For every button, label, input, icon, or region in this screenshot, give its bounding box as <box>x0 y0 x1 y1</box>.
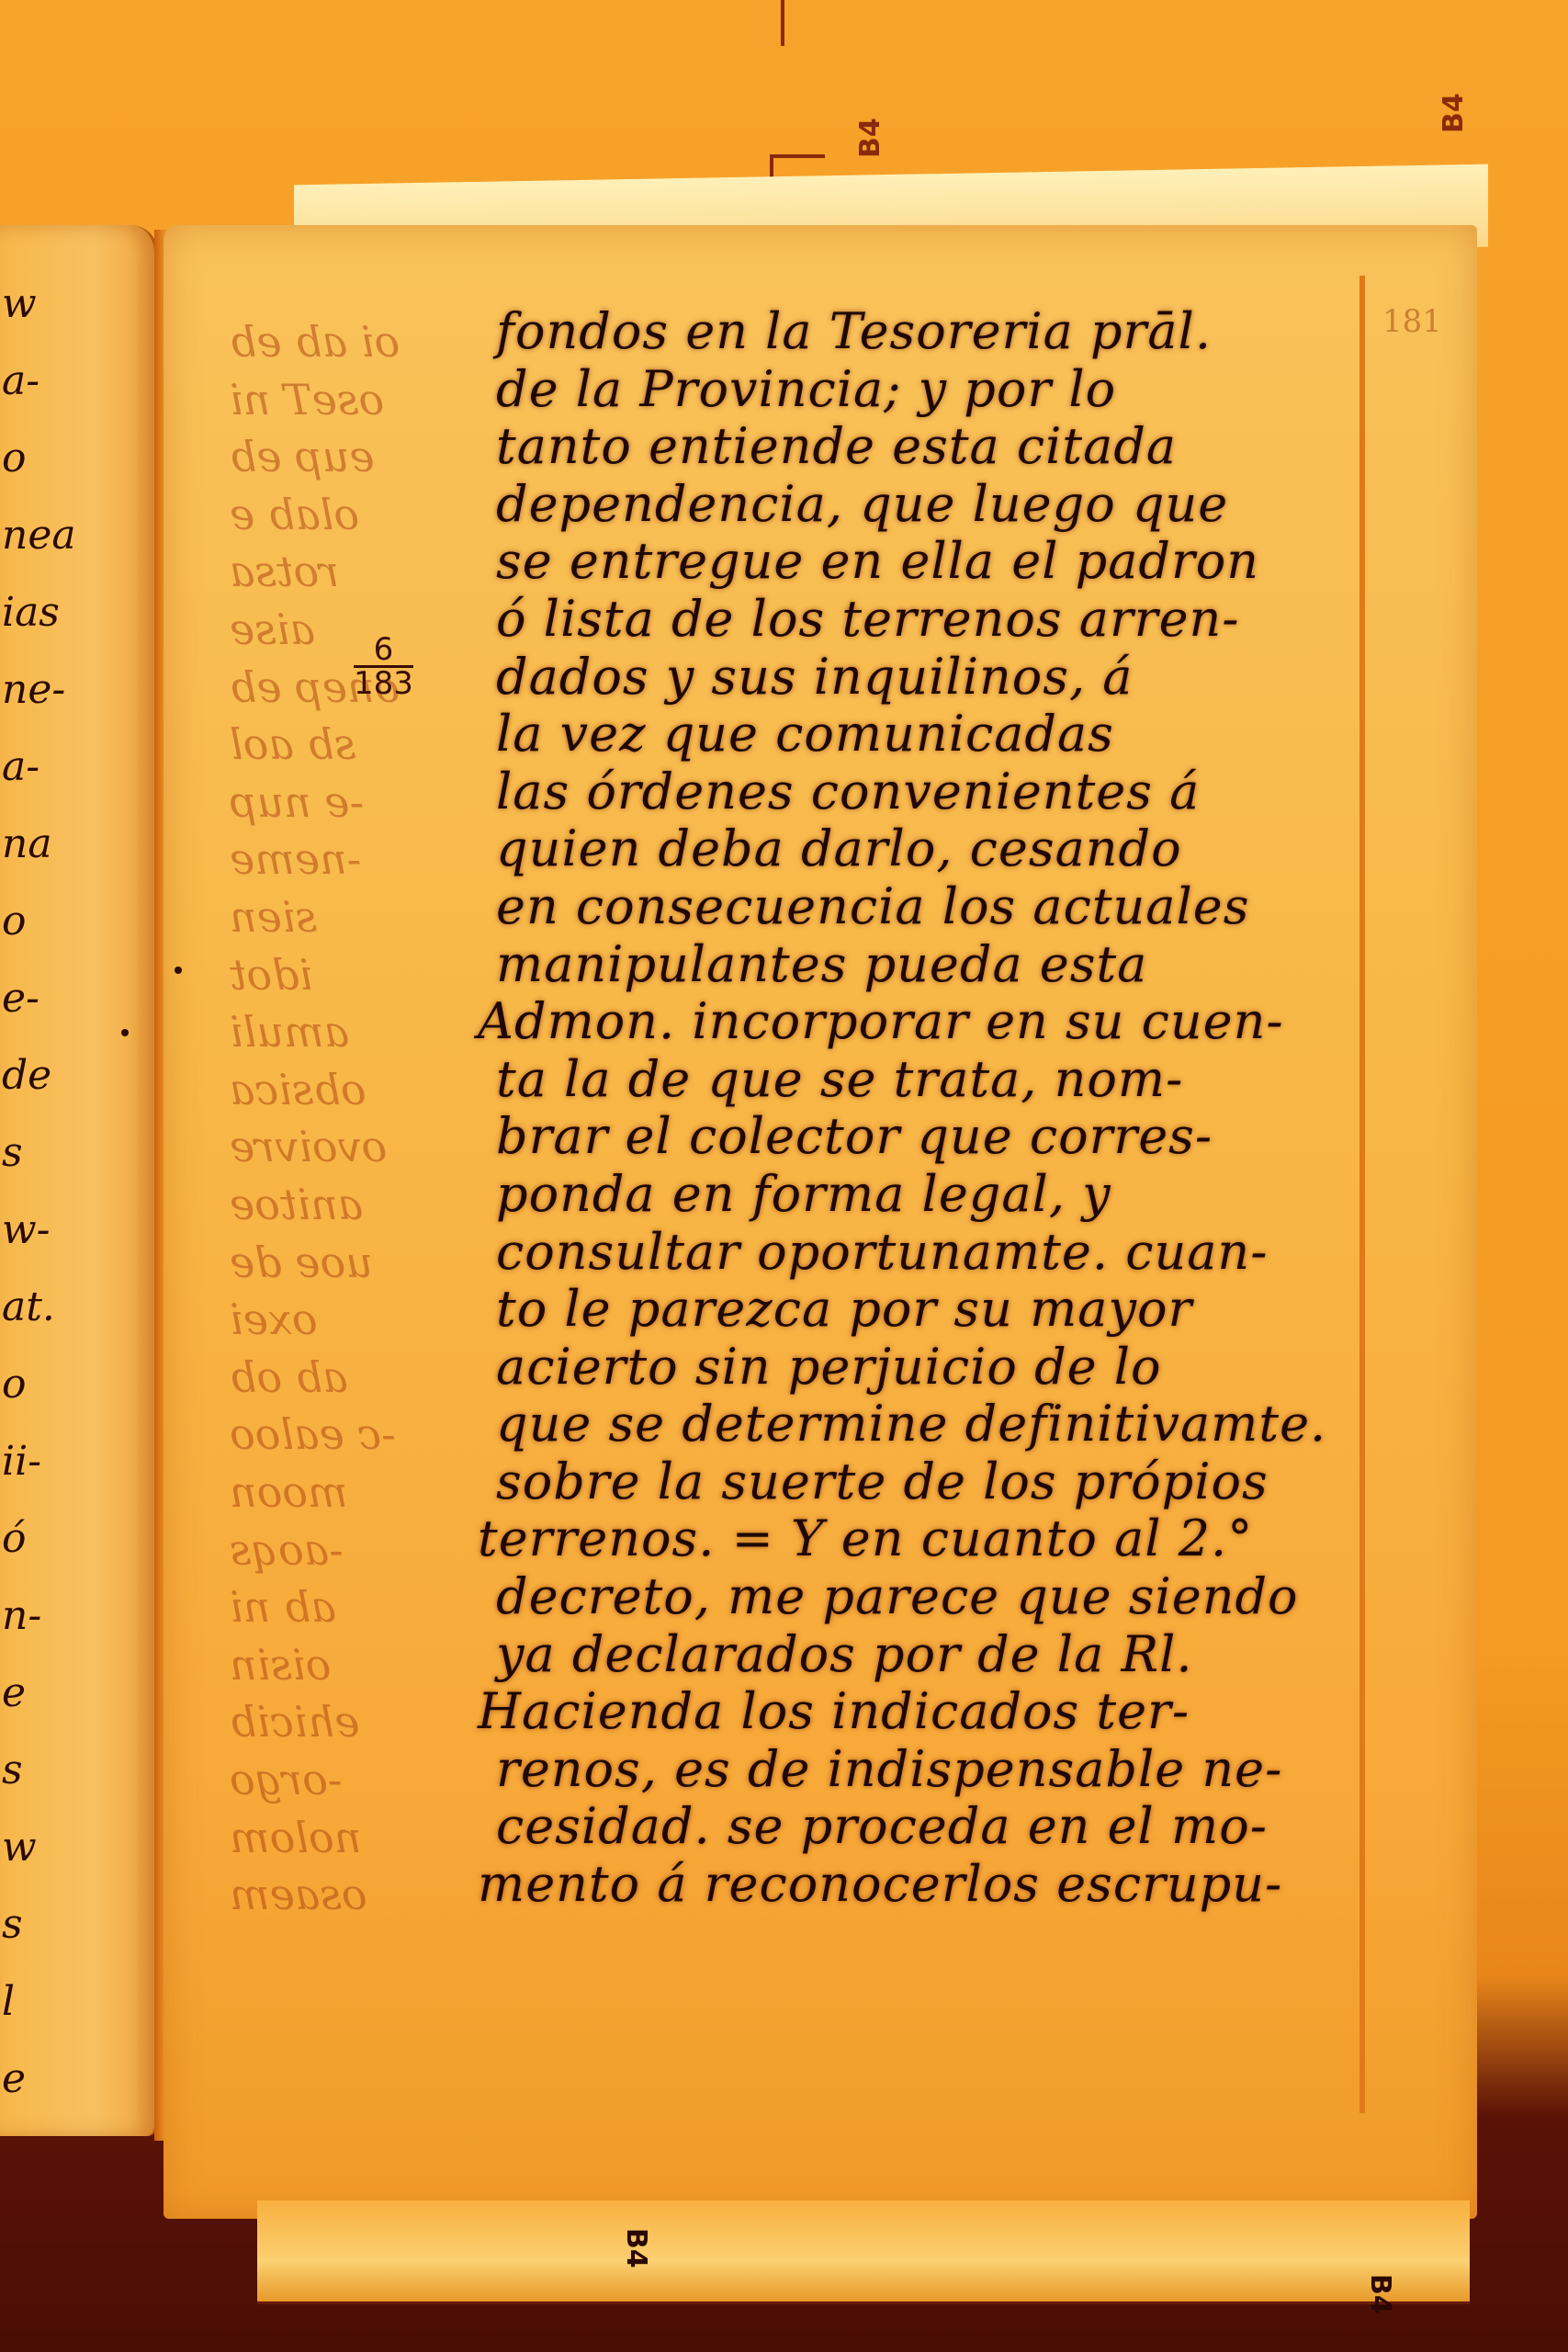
bleed-through-line: eup eb <box>230 432 375 481</box>
bleed-through-line: osaem <box>230 1870 367 1919</box>
crop-mark-line <box>781 0 784 46</box>
left-page-fragment: l <box>2 1978 15 2025</box>
bleed-through-line: rotsa <box>230 547 339 596</box>
manuscript-line: que se determine definitivamte. <box>496 1396 1451 1453</box>
bleed-through-line: oi ab eb <box>230 317 400 367</box>
bleed-through-line: aise <box>230 605 315 654</box>
margin-dot <box>175 967 182 974</box>
manuscript-line: consultar oportunamte. cuan- <box>496 1224 1451 1282</box>
left-page-fragment: w <box>2 1824 37 1871</box>
bleed-through-line: oisin <box>230 1640 331 1690</box>
bleed-through-line: sien <box>230 892 317 942</box>
manuscript-line: dados y sus inquilinos, á <box>496 649 1451 707</box>
left-page-fragment: ias <box>2 589 60 636</box>
left-page-fragment: s <box>2 1901 23 1948</box>
left-page-fragment: w <box>2 280 37 327</box>
manuscript-line: la vez que comunicadas <box>496 706 1451 763</box>
crop-label-b4: B4 <box>1438 93 1470 133</box>
bleed-through-line: -c ealoo <box>230 1409 396 1459</box>
crop-label-b4: B4 <box>854 118 886 158</box>
manuscript-line: ponda en forma legal, y <box>496 1166 1451 1224</box>
manuscript-line: tanto entiende esta citada <box>496 418 1451 476</box>
left-page-fragment: e <box>2 1669 26 1716</box>
bleed-through-line: moon <box>230 1467 348 1517</box>
margin-note-denominator: 183 <box>354 665 413 699</box>
left-page-fragment: nea <box>2 512 76 559</box>
manuscript-line: terrenos. = Y en cuanto al 2.° <box>478 1510 1451 1568</box>
bleed-through-line: anitoe <box>230 1180 363 1229</box>
manuscript-line: dependencia, que luego que <box>496 476 1451 534</box>
left-page-fragment: at. <box>2 1283 55 1330</box>
manuscript-line: acierto sin perjuicio de lo <box>496 1339 1451 1396</box>
left-page: wa-oneaiasne-a-naoe-desw-at.oii-ón-eswsl… <box>0 225 158 2136</box>
bleed-through-line: olab e <box>230 490 359 539</box>
manuscript-line: de la Provincia; y por lo <box>496 361 1451 419</box>
manuscript-line: ó lista de los terrenos arren- <box>496 591 1451 649</box>
crop-label-b4: B4 <box>1364 2274 1396 2314</box>
bleed-through-line: -e nup <box>230 777 364 827</box>
manuscript-line: cesidad. se proceda en el mo- <box>496 1798 1451 1856</box>
manuscript-line: sobre la suerte de los própios <box>496 1453 1451 1511</box>
manuscript-line: decreto, me parece que siendo <box>496 1568 1451 1626</box>
manuscript-line: las órdenes convenientes á <box>496 763 1451 821</box>
left-page-fragment: o <box>2 898 27 944</box>
left-page-fragment: ó <box>2 1515 27 1562</box>
bleed-through-line: amuli <box>230 1007 349 1057</box>
left-page-fragment: ne- <box>2 666 65 713</box>
left-page-fragment: e- <box>2 975 39 1022</box>
mounting-strip-bottom <box>257 2200 1470 2304</box>
manuscript-line: ta la de que se trata, nom- <box>496 1051 1451 1109</box>
manuscript-line: renos, es de indispensable ne- <box>496 1741 1451 1799</box>
left-page-fragment: o <box>2 435 27 481</box>
left-page-fragment: ii- <box>2 1438 41 1485</box>
bleed-through-line: idot <box>230 950 312 1000</box>
left-page-fragment: s <box>2 1129 23 1176</box>
manuscript-line: Hacienda los indicados ter- <box>478 1683 1451 1741</box>
manuscript-text: fondos en la Tesoreria prāl.de la Provin… <box>496 303 1451 1914</box>
left-page-fragment: w- <box>2 1206 51 1253</box>
manuscript-line: quien deba darlo, cesando <box>496 820 1451 878</box>
crop-label-b4: B4 <box>620 2228 652 2268</box>
bleed-through-line: oxei <box>230 1295 318 1344</box>
manuscript-line: mento á reconocerlos escrupu- <box>478 1856 1451 1914</box>
margin-note-numerator: 6 <box>354 634 413 665</box>
manuscript-line: en consecuencia los actuales <box>496 878 1451 936</box>
bleed-through-line: nolom <box>230 1813 361 1862</box>
left-page-fragment: s <box>2 1747 23 1793</box>
left-page-fragment: a- <box>2 743 39 790</box>
manuscript-line: fondos en la Tesoreria prāl. <box>496 303 1451 361</box>
bleed-through-line: uoe de <box>230 1238 373 1287</box>
manuscript-line: ya declarados por de la Rl. <box>496 1626 1451 1684</box>
bleed-through-line: ovoivre <box>230 1122 387 1171</box>
crop-mark-corner <box>770 154 825 158</box>
manuscript-line: manipulantes pueda esta <box>496 936 1451 994</box>
left-page-fragment: a- <box>2 357 39 404</box>
manuscript-line: brar el colector que corres- <box>496 1108 1451 1166</box>
bleed-through-line: -orgo <box>230 1755 342 1804</box>
bleed-through-line: -neme <box>230 834 361 884</box>
margin-dot <box>121 1029 129 1036</box>
bleed-through-line: ab ni <box>230 1582 336 1632</box>
left-page-fragment: n- <box>2 1592 41 1639</box>
left-page-fragment: e <box>2 2055 26 2102</box>
margin-note: 6 183 <box>354 634 413 699</box>
bleed-through-line: -aoqs <box>230 1525 344 1575</box>
bleed-through-line: oseT ni <box>230 375 384 424</box>
manuscript-line: to le parezca por su mayor <box>496 1281 1451 1339</box>
left-page-fragment: de <box>2 1052 51 1099</box>
bleed-through-line: ehicib <box>230 1697 359 1747</box>
bleed-through-line: obsica <box>230 1065 367 1114</box>
left-page-fragment: o <box>2 1361 27 1408</box>
manuscript-line: Admon. incorporar en su cuen- <box>478 993 1451 1051</box>
bleed-through-line: ab ob <box>230 1352 348 1402</box>
manuscript-line: se entregue en ella el padron <box>496 533 1451 591</box>
bleed-through-line: sb aol <box>230 719 356 769</box>
left-page-fragment: na <box>2 820 52 867</box>
